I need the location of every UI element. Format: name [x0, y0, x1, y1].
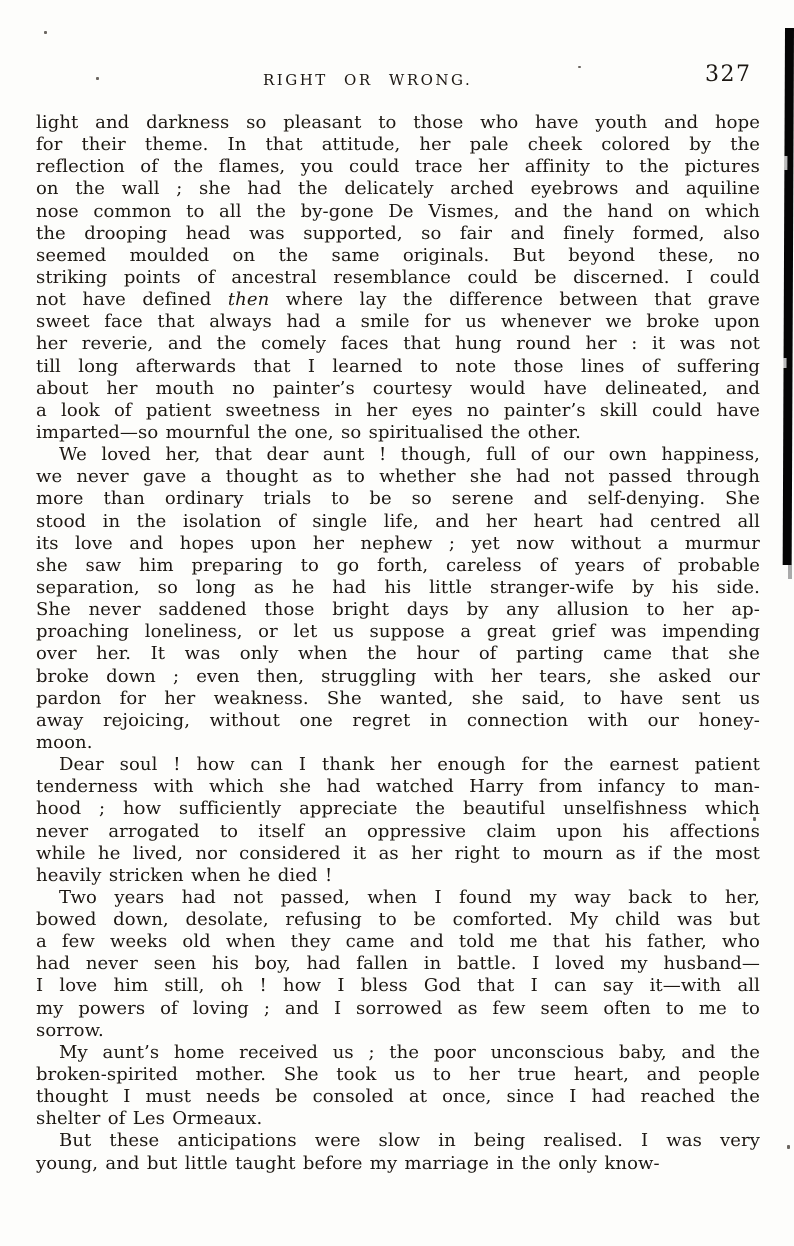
- scan-speck: [753, 817, 756, 821]
- text-line: shelter of Les Ormeaux.: [36, 1108, 760, 1130]
- text-line: nose common to all the by-gone De Vismes…: [36, 201, 760, 223]
- text-line: Two years had not passed, when I found m…: [36, 887, 760, 909]
- scan-speck: [96, 77, 99, 80]
- scan-edge-artifact-tail: [788, 565, 792, 579]
- text-line: thought I must needs be consoled at once…: [36, 1086, 760, 1108]
- text-line: we never gave a thought as to whether sh…: [36, 466, 760, 488]
- text-line: a few weeks old when they came and told …: [36, 931, 760, 953]
- text-line: We loved her, that dear aunt ! though, f…: [36, 444, 760, 466]
- text-line: stood in the isolation of single life, a…: [36, 511, 760, 533]
- text-line: for their theme. In that attitude, her p…: [36, 134, 760, 156]
- text-line: while he lived, nor considered it as her…: [36, 843, 760, 865]
- text-line: on the wall ; she had the delicately arc…: [36, 178, 760, 200]
- text-line: broken-spirited mother. She took us to h…: [36, 1064, 760, 1086]
- text-line: over her. It was only when the hour of p…: [36, 643, 760, 665]
- text-line: away rejoicing, without one regret in co…: [36, 710, 760, 732]
- text-line: never arrogated to itself an oppressive …: [36, 821, 760, 843]
- text-line: hood ; how sufficiently appreciate the b…: [36, 798, 760, 820]
- text-line: sweet face that always had a smile for u…: [36, 311, 760, 333]
- running-header-title: RIGHT OR WRONG.: [263, 71, 472, 89]
- text-line: heavily stricken when he died !: [36, 865, 760, 887]
- text-line: its love and hopes upon her nephew ; yet…: [36, 533, 760, 555]
- text-line: the drooping head was supported, so fair…: [36, 223, 760, 245]
- text-line: proaching loneliness, or let us suppose …: [36, 621, 760, 643]
- book-page-scan: RIGHT OR WRONG. 327 light and darkness s…: [0, 0, 794, 1246]
- text-line: tenderness with which she had watched Ha…: [36, 776, 760, 798]
- text-line: not have defined then where lay the diff…: [36, 289, 760, 311]
- scan-edge-artifact: [783, 28, 794, 565]
- scan-speck: [44, 31, 47, 34]
- text-line: young, and but little taught before my m…: [36, 1153, 760, 1175]
- text-line: She never saddened those bright days by …: [36, 599, 760, 621]
- text-line: light and darkness so pleasant to those …: [36, 112, 760, 134]
- text-line: my powers of loving ; and I sorrowed as …: [36, 998, 760, 1020]
- text-line: her reverie, and the comely faces that h…: [36, 333, 760, 355]
- text-line: about her mouth no painter’s courtesy wo…: [36, 378, 760, 400]
- text-line: separation, so long as he had his little…: [36, 577, 760, 599]
- text-line: My aunt’s home received us ; the poor un…: [36, 1042, 760, 1064]
- text-line: seemed moulded on the same originals. Bu…: [36, 245, 760, 267]
- text-line: till long afterwards that I learned to n…: [36, 356, 760, 378]
- text-line: she saw him preparing to go forth, carel…: [36, 555, 760, 577]
- text-line: more than ordinary trials to be so seren…: [36, 488, 760, 510]
- text-segment: where lay the difference between that gr…: [269, 289, 760, 310]
- text-line: pardon for her weakness. She wanted, she…: [36, 688, 760, 710]
- text-line: I love him still, oh ! how I bless God t…: [36, 975, 760, 997]
- text-line: broke down ; even then, struggling with …: [36, 666, 760, 688]
- text-block: light and darkness so pleasant to those …: [36, 112, 760, 1175]
- scan-speck: [787, 1145, 790, 1149]
- text-line: imparted—so mournful the one, so spiritu…: [36, 422, 760, 444]
- scan-edge-notch: [784, 358, 787, 368]
- text-line: But these anticipations were slow in bei…: [36, 1130, 760, 1152]
- italic-text-segment: then: [228, 289, 269, 310]
- scan-edge-notch: [784, 156, 787, 170]
- page-number: 327: [705, 62, 752, 87]
- text-line: sorrow.: [36, 1020, 760, 1042]
- text-line: moon.: [36, 732, 760, 754]
- text-line: bowed down, desolate, refusing to be com…: [36, 909, 760, 931]
- text-line: striking points of ancestral resemblance…: [36, 267, 760, 289]
- text-line: Dear soul ! how can I thank her enough f…: [36, 754, 760, 776]
- text-segment: not have defined: [36, 289, 228, 310]
- text-line: a look of patient sweetness in her eyes …: [36, 400, 760, 422]
- text-line: reflection of the flames, you could trac…: [36, 156, 760, 178]
- text-line: had never seen his boy, had fallen in ba…: [36, 953, 760, 975]
- scan-speck: [578, 66, 581, 68]
